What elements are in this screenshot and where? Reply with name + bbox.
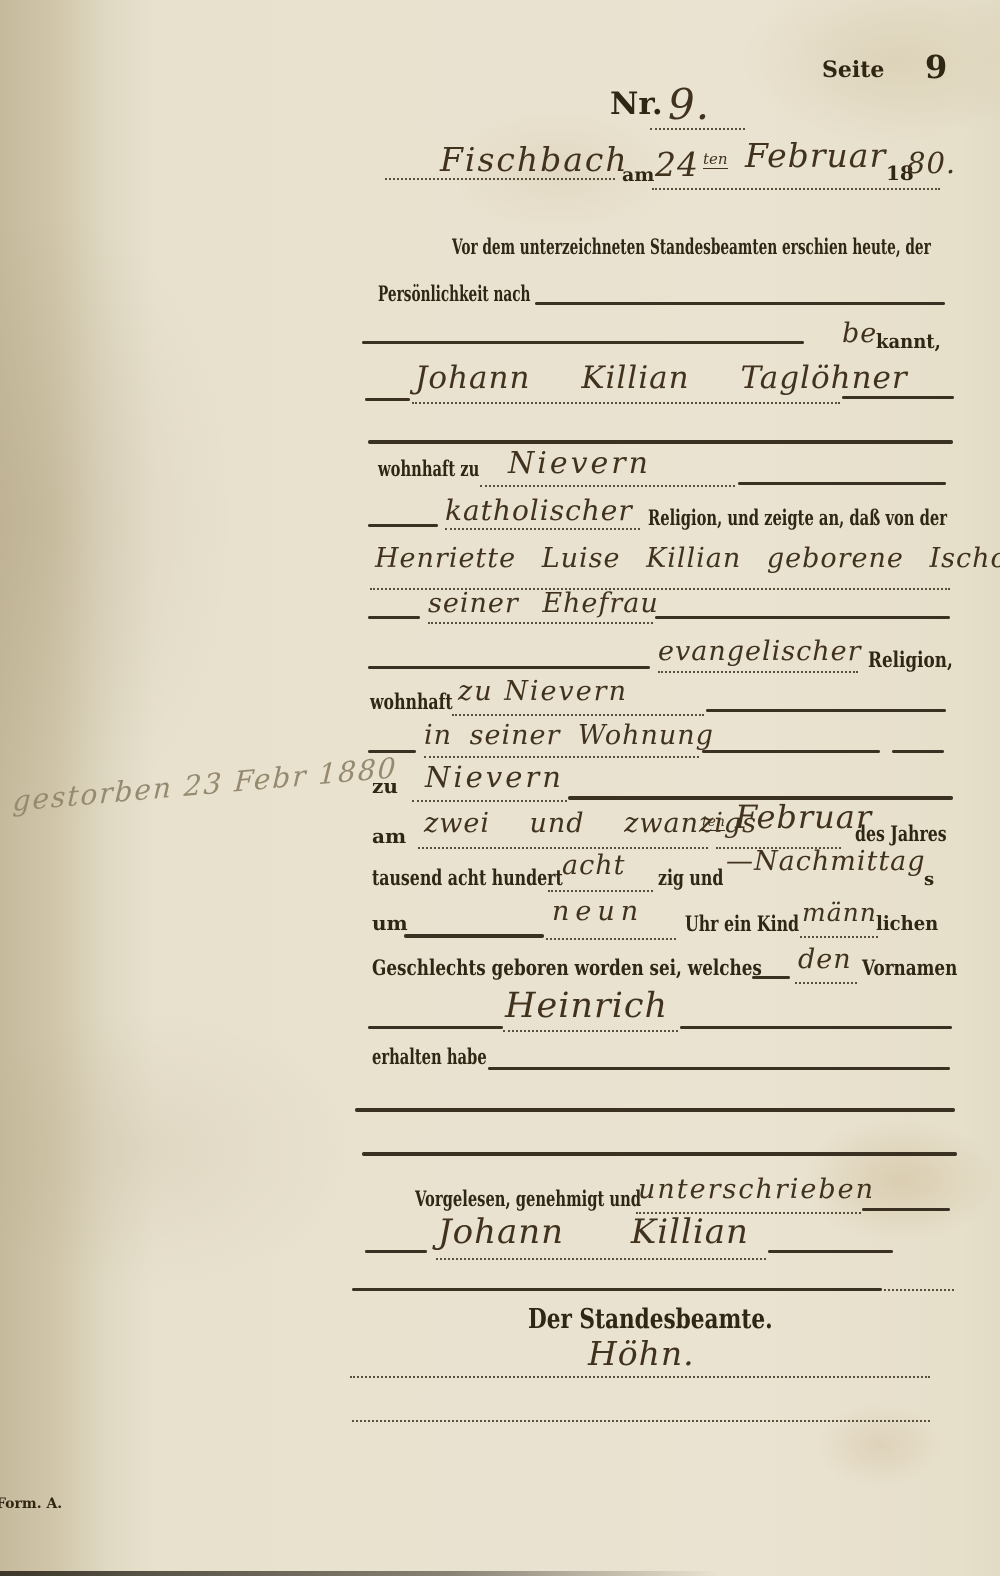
fill-line <box>404 934 544 938</box>
birth-register-page: Seite 9 Nr. 9. Fischbach am 24 ten Febru… <box>0 0 1000 1576</box>
fill-line <box>350 1376 930 1378</box>
birth-day-suffix: ten <box>702 814 725 831</box>
record-month: Februar <box>745 136 886 175</box>
fill-line <box>428 622 653 624</box>
fill-line <box>503 1030 678 1032</box>
fill-line <box>884 1289 954 1291</box>
um-label: um <box>372 911 408 935</box>
year-handwritten: 80. <box>907 146 956 180</box>
fill-line <box>535 302 945 305</box>
fill-line <box>362 341 804 344</box>
s-label: s <box>924 869 934 890</box>
religion-2-hand: evangelischer <box>658 636 862 667</box>
page-number: 9 <box>925 48 947 86</box>
margin-death-note: gestorben 23 Febr 1880 <box>12 751 399 818</box>
fill-line <box>418 847 708 849</box>
fill-line <box>546 938 676 940</box>
fill-line <box>424 756 699 758</box>
declarant-name: Johann Killian Taglöhner <box>415 360 908 396</box>
fill-line <box>368 1026 503 1029</box>
residence-2: zu Nievern <box>458 676 628 707</box>
geschlechts-label: Geschlechts geboren worden sei, welches <box>372 955 762 980</box>
form-label: Form. A. <box>0 1496 62 1512</box>
fill-line <box>800 936 878 938</box>
fill-line <box>892 750 944 753</box>
fill-line <box>365 1250 427 1253</box>
fill-line <box>412 402 840 404</box>
fill-line <box>352 1420 930 1422</box>
fill-line <box>650 128 745 130</box>
fill-line <box>548 890 653 892</box>
fill-line <box>862 1208 950 1211</box>
fill-line <box>480 485 735 487</box>
fill-line <box>445 528 640 530</box>
fill-line <box>365 398 410 401</box>
persoenlichkeit-label: Persönlichkeit nach <box>378 281 530 306</box>
fill-line <box>355 1108 955 1112</box>
wohnhaft-zu-label: wohnhaft zu <box>378 456 479 481</box>
residence-3: Nievern <box>425 760 564 794</box>
den-hand: den <box>798 944 852 975</box>
vornamen-label: Vornamen <box>862 955 957 980</box>
fill-line <box>368 616 420 619</box>
am-label: am <box>622 164 654 186</box>
fill-line <box>362 1152 957 1156</box>
record-number-value: 9. <box>668 80 710 129</box>
fill-line <box>352 1288 882 1291</box>
kannt-label: kannt, <box>876 329 941 353</box>
uhr-label: Uhr ein Kind <box>685 911 799 936</box>
gender-hand: männ <box>802 898 877 927</box>
birth-location: in seiner Wohnung <box>424 720 714 751</box>
fill-line <box>436 1258 766 1260</box>
intro-line: Vor dem unterzeichneten Standesbeamten e… <box>452 234 931 259</box>
fill-line <box>368 524 438 527</box>
vorgelesen-label: Vorgelesen, genehmigt und <box>415 1186 641 1211</box>
be-handwritten: be <box>842 318 877 349</box>
religion-1-hand: katholischer <box>445 494 633 527</box>
fill-line <box>680 1026 952 1029</box>
record-number-label: Nr. <box>610 86 663 122</box>
fill-line <box>706 709 946 712</box>
residence-1: Nievern <box>508 446 651 481</box>
mother-relation: seiner Ehefrau <box>428 588 659 619</box>
lichen-label: lichen <box>876 911 938 935</box>
fill-line <box>368 666 650 669</box>
fill-line <box>702 750 880 753</box>
fill-line <box>658 671 858 673</box>
tausend-label: tausend acht hundert <box>372 865 563 890</box>
fill-line <box>368 440 953 444</box>
record-day-suffix: ten <box>703 150 728 169</box>
birth-month-hand: Februar <box>735 798 872 836</box>
religion-2-label: Religion, <box>868 647 953 672</box>
wohnhaft-label: wohnhaft <box>370 689 453 714</box>
fill-line <box>738 482 946 485</box>
child-name: Heinrich <box>505 986 668 1026</box>
des-jahres-label: des Jahres <box>855 821 947 846</box>
unterschrieben-hand: unterschrieben <box>638 1174 875 1205</box>
zig-und-label: zig und <box>658 865 723 890</box>
hour-hand: neun <box>552 896 644 927</box>
declarant-signature: Johann Killian <box>438 1212 749 1252</box>
fill-line <box>652 188 940 190</box>
fill-line <box>452 714 704 716</box>
decade-hand: acht <box>562 850 625 881</box>
fill-line <box>752 976 790 979</box>
mother-name: Henriette Luise Killian geborene Ischoff <box>375 543 1000 574</box>
fill-line <box>655 616 950 619</box>
fill-line <box>768 1250 893 1253</box>
fill-line <box>842 396 954 399</box>
fill-line <box>795 982 857 984</box>
religion-1-label: Religion, und zeigte an, daß von der <box>648 505 947 530</box>
record-day: 24 <box>655 145 699 184</box>
erhalten-label: erhalten habe <box>372 1044 487 1069</box>
daytime-hand: —Nachmittag <box>726 846 926 877</box>
fill-line <box>412 800 567 802</box>
page-bottom-edge <box>0 1571 720 1576</box>
record-place: Fischbach <box>440 140 629 179</box>
page-side-label: Seite <box>822 57 884 83</box>
registrar-title: Der Standesbeamte. <box>528 1304 773 1335</box>
fill-line <box>488 1067 950 1070</box>
birth-am-label: am <box>372 824 406 848</box>
registrar-signature: Höhn. <box>588 1334 695 1373</box>
